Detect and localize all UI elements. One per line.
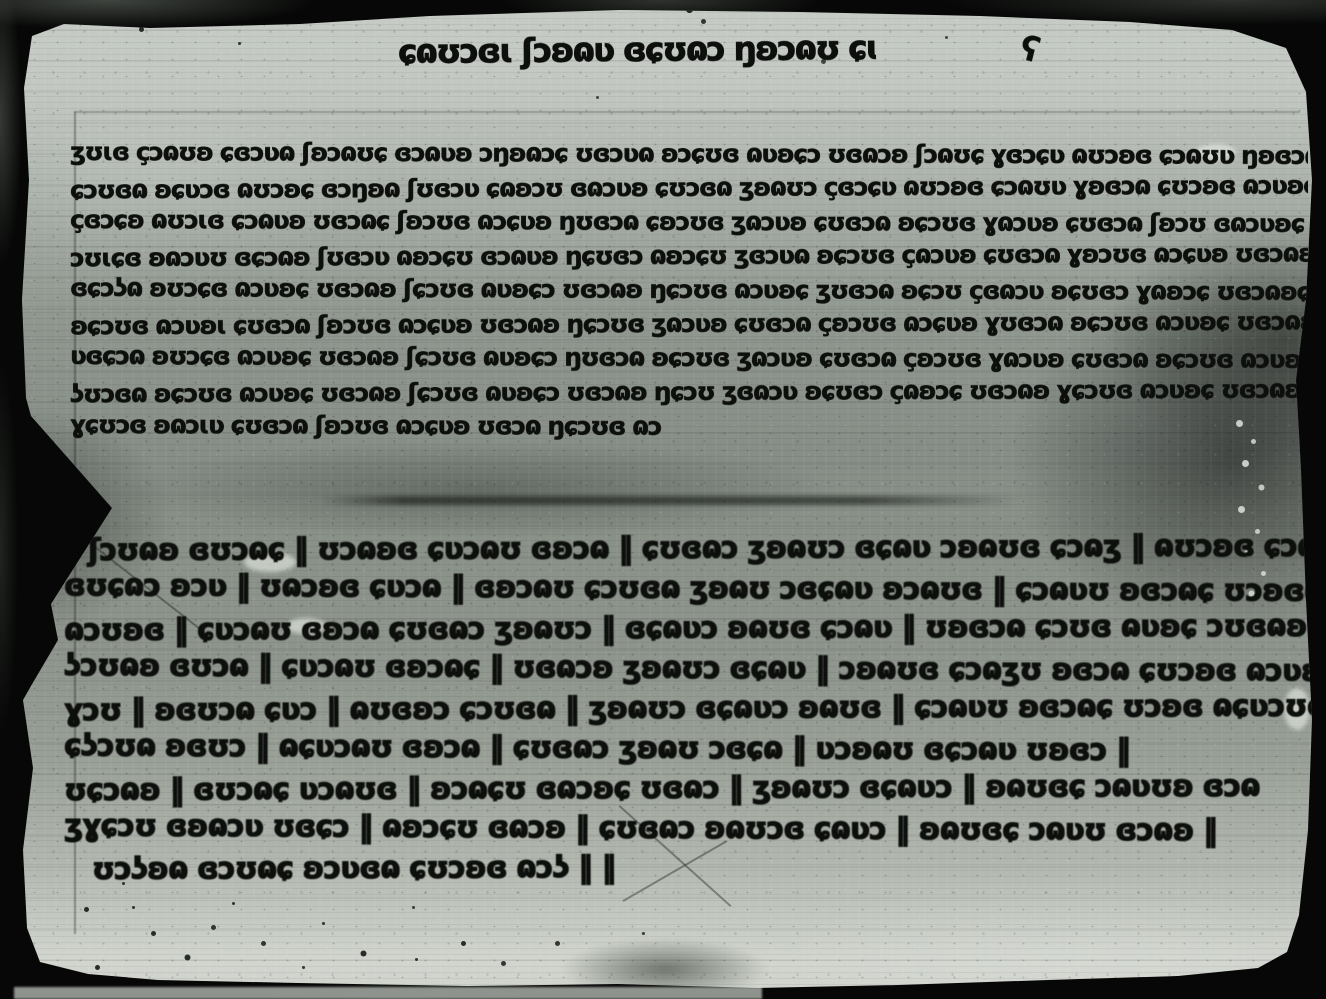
text-line: ʒɣɕɔʊ ɞʚɷɔʋ ʊɞɕɔ ‖ ɷʚɔɕʊ ɞɷɔʚ ‖ ɕʊɞɷɔ ʚɷ… [64, 805, 1250, 850]
ink-smudge-band [320, 496, 1020, 505]
text-line: ʊɕɔɷʚ ‖ ɞʊɔɷɕ ʋɔɷʊɞ ‖ ʚɔɷɕʊ ɞɷɔʚɕ ʊɞɷɔ ‖… [64, 766, 1262, 810]
title-flourish-mark: ʕ [1015, 28, 1044, 72]
text-line: ɣɔʊ ‖ ʚɞʊɔɷ ɕʋɔ ‖ ɷʊɞʚɔ ɕɔʊɞɷ ‖ ʒʚɷʊɔ ɞɕ… [64, 686, 1312, 730]
upper-text-block: ʒʊɩɞ çɔɷʊʚ ɕɞɔʋɷ ʃʚɔɷʊɕ ɞɔɷʋʚ ɔŋʚɷɔɕ ʊɞɔ… [70, 136, 1308, 442]
ruled-margin-line-horizontal [74, 111, 1300, 113]
text-line: ɕɔʊɞɷ ʚɕʋɔɞ ɷʊɔʚɕ ɞɔŋʚɷ ʃʊɞɔʋ ɕɷʚɔʊ ɞɷɔʋ… [70, 168, 1308, 207]
text-line: ɕʖɔʊɷ ʚɞʊɔ ‖ ɷɕʋɔɷʊ ɞʚɔɷ ‖ ɕʊɞɷɔ ʒʚɷʊ ɔɞ… [64, 725, 1237, 770]
text-line: ɞʊɕɷɔ ʚɔʋ ‖ ʊɷɔʚɞ ɕʋɔɷ ‖ ɞʚɔɷʊ ɕɔʊɞɷ ʒʚɷ… [64, 565, 1312, 610]
text-line: ʃɔʊɷʚ ɞʊɔɷɕ ‖ ʊɔɷʚɞ ɕʋɔɷʊ ɞʚɔɷ ‖ ɕʊɞɷɔ ʒ… [64, 526, 1312, 570]
bottom-smudge-stain [560, 938, 770, 990]
text-line: ʖʊɔɞɷ ʚɕɔʊɞ ɷɔʋʚɕ ʊɞɔɷʚ ʃɕɔʊɞ ɷʋʚɕɔ ʊɞɔɷ… [70, 372, 1308, 411]
text-line: ʚɕɔʊɞ ɷɔʋʚɩ ɕʊɞɔɷ ʃʚɔʊɞ ɷɔɕʋʚ ʊɞɔɷʚ ŋɕɔʊ… [70, 304, 1308, 343]
text-line: ʖɔʊɷʚ ɞʊɔɷ ‖ ɕʋɔɷʊ ɞʚɔɷɕ ‖ ʊɞɷɔʚ ʒʚɷʊɔ ɞ… [64, 645, 1312, 690]
text-line: çɞɔɕʚ ɷʊɔɩɞ ɕɔɷʋʚ ʊɞɔɷɕ ʃʚɔʊɞ ɷɔɕʋʚ ŋʊɞɔ… [70, 202, 1308, 240]
manuscript-page: ɕɷʊɔɞɩ ʃɔʚɷʋ ɞɕʊɷɔ ŋʚɔɷʊ ɕʋɞɔʚɷ ɣʊ ʕ ʒʊɩ… [0, 0, 1326, 999]
text-line: ʋɞɕɔɷ ʚʊɔɕɞ ɷɔʋʚɕ ʊɞɔɷʚ ʃɕɔʊɞ ɷʋʚɕɔ ŋʊɞɔ… [70, 338, 1308, 376]
text-line: ʒʊɩɞ çɔɷʊʚ ɕɞɔʋɷ ʃʚɔɷʊɕ ɞɔɷʋʚ ɔŋʚɷɔɕ ʊɞɔ… [70, 134, 1308, 172]
text-line: ɣɕʊɔɞ ʚɷɔɩʋ ɕʊɞɔɷ ʃʚɔʊɞ ɷɔɕʋʚ ʊɞɔɷ ŋɕɔʊɞ… [70, 407, 726, 443]
lower-text-block: ʃɔʊɷʚ ɞʊɔɷɕ ‖ ʊɔɷʚɞ ɕʋɔɷʊ ɞʚɔɷ ‖ ɕʊɞɷɔ ʒ… [64, 528, 1312, 888]
text-line: ɔʊɩɕɞ ʚɷɔʋʊ ɞɕɔɷʚ ʃʊɞɔʋ ɷʚɔɕʊ ɞɔɷʋʚ ŋɕʊɞ… [70, 236, 1308, 275]
photo-stage: ɕɷʊɔɞɩ ʃɔʚɷʋ ɞɕʊɷɔ ŋʚɔɷʊ ɕʋɞɔʚɷ ɣʊ ʕ ʒʊɩ… [0, 0, 1326, 999]
manuscript-title: ɕɷʊɔɞɩ ʃɔʚɷʋ ɞɕʊɷɔ ŋʚɔɷʊ ɕʋɞɔʚɷ ɣʊ [398, 20, 876, 82]
text-line: ɞɕɔʖɷ ʚʊɔɕɞ ɷɔʋʚɕ ʊɞɔɷʚ ʃɕɔʊɞ ɷʋʚɕɔ ʊɞɔɷ… [70, 270, 1308, 308]
text-line: ɷɔʊʚɞ ‖ ɕʋɔɷʊ ɞʚɔɷ ɕʊɞɷɔ ʒʚɷʊɔ ‖ ɞɕɷʋɔ ʚ… [64, 606, 1312, 650]
text-line: ʊɔʖʚɷ ɞɔʊɷɕ ʚɔʋɞɷ ɕʊɔʚɞ ɷɔʖ ‖ ‖ [64, 847, 679, 889]
backdrop-band-bottomleft [14, 987, 762, 999]
